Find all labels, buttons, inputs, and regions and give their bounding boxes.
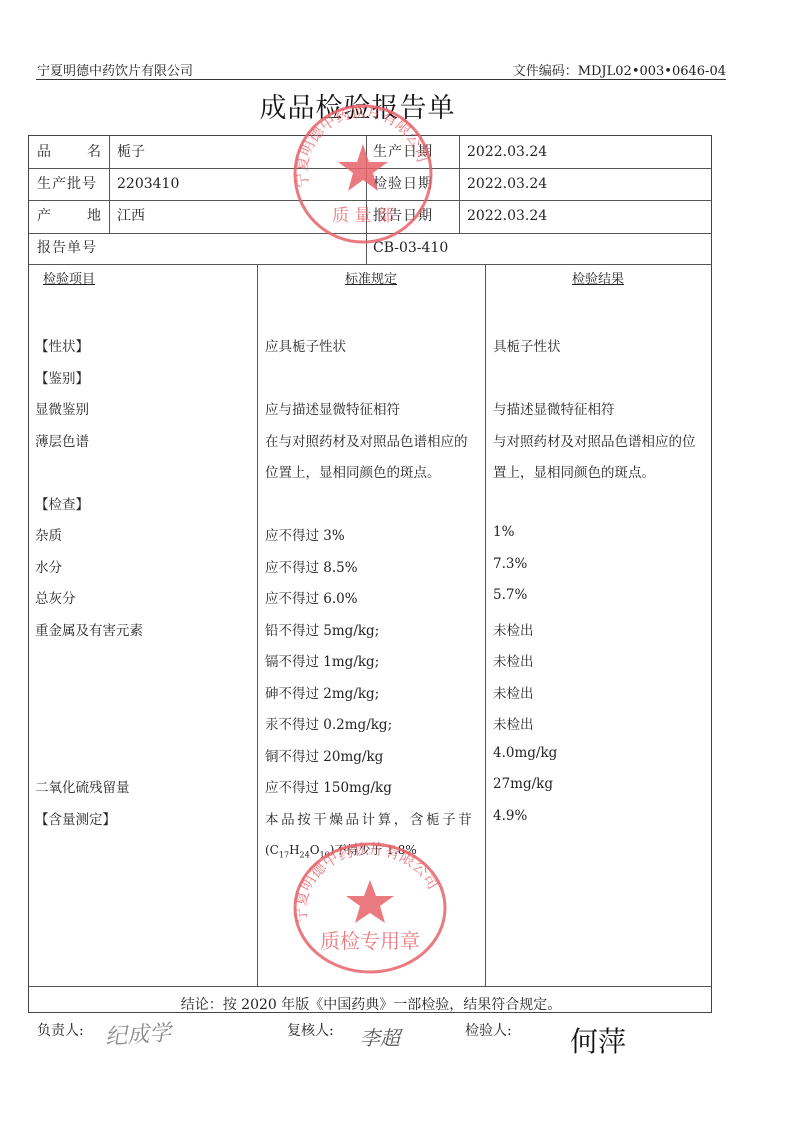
- row-standard: 砷不得过 2mg/kg;: [265, 682, 379, 702]
- report-no-label: 报告单号: [37, 240, 97, 256]
- divider: [29, 200, 711, 201]
- row-standard: 应与描述显微特征相符: [265, 398, 400, 418]
- row-item: 二氧化硫残留量: [35, 776, 130, 796]
- row-result: 4.0mg/kg: [493, 745, 557, 761]
- divider: [29, 986, 711, 987]
- divider: [29, 233, 711, 234]
- row-result: 5.7%: [493, 587, 527, 603]
- formula-text: O: [310, 843, 320, 857]
- column-header-result: 检验结果: [485, 272, 711, 288]
- row-standard: 铅不得过 5mg/kg;: [265, 619, 379, 639]
- divider: [485, 264, 486, 986]
- row-result: 与描述显微特征相符: [493, 398, 615, 418]
- row-item: 重金属及有害元素: [35, 619, 143, 639]
- row-result: 未检出: [493, 650, 534, 670]
- row-result: 未检出: [493, 619, 534, 639]
- inspection-date-label: 检验日期: [373, 176, 433, 192]
- row-item: 水分: [35, 556, 62, 576]
- row-result: 7.3%: [493, 556, 527, 572]
- row-result: 与对照药材及对照品色谱相应的位: [493, 430, 696, 450]
- label-char: 产: [37, 208, 51, 224]
- production-date-label: 生产日期: [373, 144, 433, 160]
- row-item: 【含量测定】: [35, 808, 116, 828]
- row-standard: 汞不得过 0.2mg/kg;: [265, 713, 392, 733]
- formula-sub: 17: [279, 850, 289, 859]
- label-char: 名: [87, 144, 101, 160]
- divider: [459, 136, 460, 233]
- row-item: 薄层色谱: [35, 430, 89, 450]
- formula-text: )不得少于 1.8%: [330, 843, 417, 857]
- document-code: 文件编码：MDJL02•003•0646-04: [513, 60, 726, 79]
- row-item: 总灰分: [35, 587, 76, 607]
- product-name: 栀子: [117, 144, 145, 160]
- row-standard: 应具栀子性状: [265, 335, 346, 355]
- row-item: 【性状】: [35, 335, 89, 355]
- inspector-signature: 何萍: [570, 1020, 626, 1060]
- row-item: 【检查】: [35, 493, 89, 513]
- row-result: 27mg/kg: [493, 776, 553, 792]
- row-result: 1%: [493, 524, 514, 540]
- batch-number: 2203410: [117, 176, 179, 192]
- header-rule: [36, 79, 726, 80]
- company-name: 宁夏明德中药饮片有限公司: [37, 60, 193, 79]
- row-standard: 镉不得过 1mg/kg;: [265, 650, 379, 670]
- responsible-label: 负责人:: [37, 1020, 84, 1040]
- row-result: 未检出: [493, 682, 534, 702]
- row-standard: 本品按干燥品计算，含栀子苷: [265, 808, 474, 828]
- row-result: 具栀子性状: [493, 335, 561, 355]
- reviewer-label: 复核人:: [287, 1020, 334, 1040]
- production-date: 2022.03.24: [467, 144, 547, 160]
- divider: [257, 264, 258, 986]
- inspection-date: 2022.03.24: [467, 176, 547, 192]
- row-standard: 位置上，显相同颜色的斑点。: [265, 461, 441, 481]
- divider: [29, 264, 711, 265]
- report-date-label: 报告日期: [373, 208, 433, 224]
- divider: [109, 136, 110, 233]
- product-name-label: 品 名: [37, 144, 101, 160]
- conclusion: 结论：按 2020 年版《中国药典》一部检验，结果符合规定。: [29, 994, 713, 1014]
- formula-sub: 10: [320, 850, 330, 859]
- page-title: 成品检验报告单: [0, 86, 715, 125]
- assay-formula: (C17H24O10)不得少于 1.8%: [265, 841, 417, 859]
- row-result: 未检出: [493, 713, 534, 733]
- row-item: 【鉴别】: [35, 367, 89, 387]
- column-header-item: 检验项目: [43, 272, 95, 288]
- row-result: 置上，显相同颜色的斑点。: [493, 461, 655, 481]
- formula-text: (C: [265, 843, 279, 857]
- row-standard: 应不得过 8.5%: [265, 556, 358, 576]
- formula-sub: 24: [300, 850, 310, 859]
- label-char: 品: [37, 144, 51, 160]
- row-standard: 应不得过 6.0%: [265, 587, 358, 607]
- responsible-signature: 纪成学: [104, 1016, 172, 1052]
- origin-label: 产 地: [37, 208, 101, 224]
- reviewer-signature: 李超: [360, 1022, 400, 1051]
- inspector-label: 检验人:: [465, 1020, 512, 1040]
- report-number: CB-03-410: [373, 240, 448, 256]
- row-standard: 应不得过 3%: [265, 524, 345, 544]
- column-header-standard: 标准规定: [257, 272, 485, 288]
- report-date: 2022.03.24: [467, 208, 547, 224]
- batch-label: 生产批号: [37, 176, 97, 192]
- report-table: 品 名 栀子 生产批号 2203410 产 地 江西 报告单号 生产日期 202…: [28, 135, 712, 1013]
- row-standard: 铜不得过 20mg/kg: [265, 745, 383, 765]
- row-item: 显微鉴别: [35, 398, 89, 418]
- divider: [366, 136, 367, 264]
- formula-text: H: [289, 843, 299, 857]
- row-standard: 应不得过 150mg/kg: [265, 776, 392, 796]
- origin: 江西: [117, 208, 145, 224]
- label-char: 地: [87, 208, 101, 224]
- row-standard: 在与对照药材及对照品色谱相应的: [265, 430, 468, 450]
- row-result: 4.9%: [493, 808, 527, 824]
- divider: [29, 168, 711, 169]
- row-item: 杂质: [35, 524, 62, 544]
